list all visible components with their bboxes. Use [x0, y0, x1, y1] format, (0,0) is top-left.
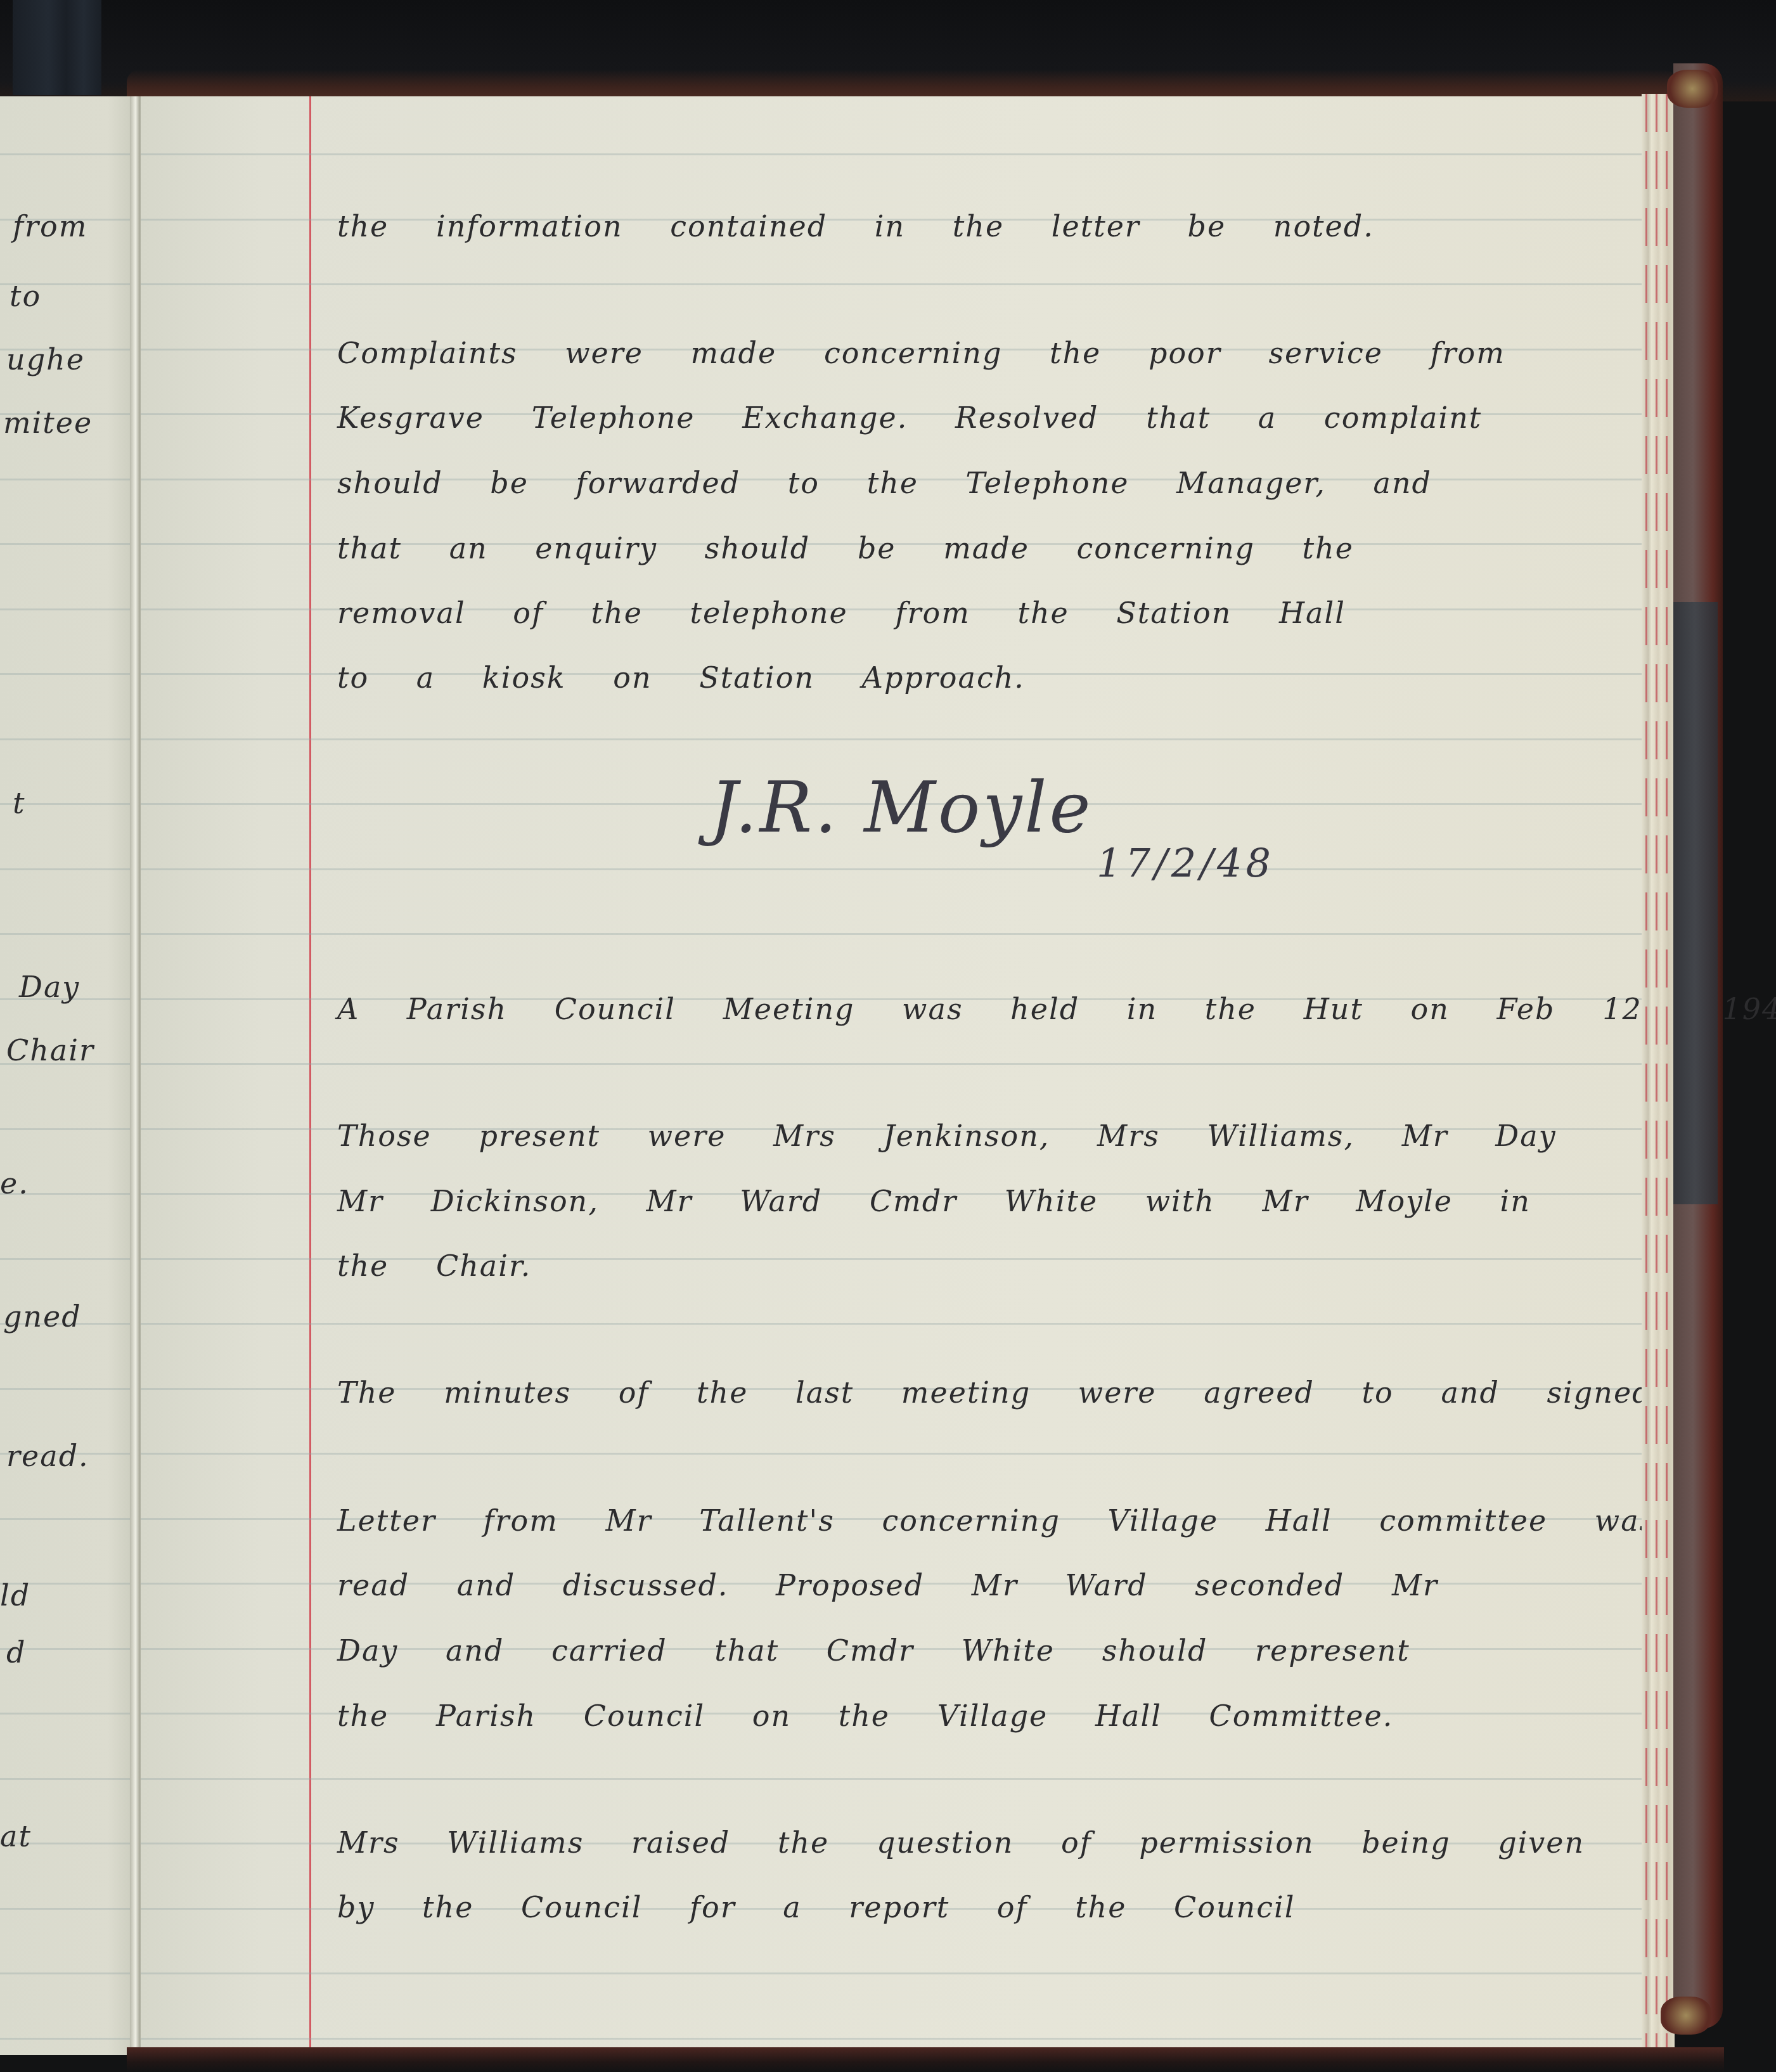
left-page-text-fragment: gned	[3, 1299, 82, 1334]
ruled-line	[0, 608, 134, 610]
ruled-line	[141, 283, 1649, 285]
ruled-line	[141, 1323, 1649, 1325]
left-page-text-fragment: t	[13, 786, 26, 820]
minutes-approved-line: The minutes of the last meeting were agr…	[337, 1375, 1663, 1410]
telephone-complaint-line: that an enquiry should be made concernin…	[337, 531, 1354, 565]
left-page-text-fragment: mitee	[3, 406, 93, 440]
telephone-complaint-line: should be forwarded to the Telephone Man…	[337, 466, 1432, 500]
village-hall-letter-line: Letter from Mr Tallent's concerning Vill…	[337, 1503, 1656, 1538]
telephone-complaint-line: removal of the telephone from the Statio…	[337, 596, 1346, 630]
left-page-text-fragment: at	[0, 1819, 32, 1853]
attendance-line: the Chair.	[337, 1249, 531, 1283]
ruled-line	[0, 1908, 134, 1910]
ruled-line	[0, 1778, 134, 1780]
press-report-line: by the Council for a report of the Counc…	[337, 1890, 1295, 1924]
left-page-text-fragment: e.	[0, 1166, 29, 1200]
signature: J.R. Moyle	[710, 767, 1093, 848]
village-hall-letter-line: read and discussed. Proposed Mr Ward sec…	[337, 1568, 1438, 1602]
right-page: the information contained in the letter …	[141, 96, 1649, 2052]
red-edge-line	[1656, 94, 1657, 2052]
ruled-line	[0, 1388, 134, 1390]
ruled-line	[0, 933, 134, 935]
ruled-line	[0, 543, 134, 545]
attendance-line: Mr Dickinson, Mr Ward Cmdr White with Mr…	[337, 1184, 1531, 1218]
village-hall-letter-line: Day and carried that Cmdr White should r…	[337, 1633, 1410, 1668]
red-edge-line	[1666, 94, 1668, 2052]
ruled-line	[0, 673, 134, 675]
ruled-line	[141, 1063, 1649, 1065]
ruled-line	[0, 1972, 134, 1974]
telephone-complaint-line: Kesgrave Telephone Exchange. Resolved th…	[337, 401, 1482, 435]
left-page-text-fragment: d	[6, 1635, 26, 1670]
ruled-line	[141, 153, 1649, 155]
book-spine	[13, 0, 101, 95]
ruled-line	[0, 153, 134, 155]
book-cover-right	[1673, 63, 1723, 2028]
signature-date: 17/2/48	[1097, 840, 1275, 886]
ruled-line	[141, 1778, 1649, 1780]
heading-feb-meeting-line: A Parish Council Meeting was held in the…	[337, 992, 1776, 1026]
red-edge-line	[1645, 94, 1647, 2052]
ruled-line	[0, 479, 134, 480]
ruled-line	[0, 1518, 134, 1520]
ruled-line	[141, 933, 1649, 935]
ruled-line	[141, 1453, 1649, 1455]
left-page-text-fragment: ughe	[6, 342, 85, 376]
left-page-text-fragment: read.	[6, 1439, 89, 1473]
ruled-line	[0, 1128, 134, 1130]
ruled-line	[0, 868, 134, 870]
ruled-line	[0, 2038, 134, 2040]
ruled-line	[141, 868, 1649, 870]
worn-cover-edge	[127, 70, 1686, 98]
book-bottom-cover	[127, 2047, 1724, 2072]
ruled-line	[141, 2038, 1649, 2040]
left-page-text-fragment: ld	[0, 1578, 30, 1612]
ruled-line	[0, 1713, 134, 1715]
left-page-text-fragment: from	[13, 209, 87, 243]
left-page-text-fragment: Day	[19, 970, 80, 1004]
ruled-line	[141, 738, 1649, 740]
margin-rule	[309, 96, 311, 2052]
press-report-line: Mrs Williams raised the question of perm…	[337, 1825, 1585, 1860]
ruled-line	[0, 1258, 134, 1260]
attendance-line: Those present were Mrs Jenkinson, Mrs Wi…	[337, 1119, 1557, 1153]
worn-cover-patch	[1673, 602, 1718, 1204]
telephone-complaint-line: to a kiosk on Station Approach.	[337, 660, 1025, 695]
village-hall-letter-line: the Parish Council on the Village Hall C…	[337, 1699, 1393, 1733]
ruled-line	[0, 738, 134, 740]
left-page: fromtoughemiteetDayChaire.gnedread.lddat	[0, 96, 134, 2055]
left-page-text-fragment: Chair	[6, 1033, 94, 1067]
scanned-minute-book: fromtoughemiteetDayChaire.gnedread.lddat…	[0, 0, 1776, 2072]
cover-corner-bottom	[1661, 1997, 1711, 2035]
cover-corner-top	[1667, 70, 1718, 108]
page-block-edge	[1642, 94, 1675, 2052]
left-page-text-fragment: to	[10, 279, 41, 313]
ruled-line	[141, 1972, 1649, 1974]
continuation-line: the information contained in the letter …	[337, 209, 1374, 243]
telephone-complaint-line: Complaints were made concerning the poor…	[337, 336, 1505, 370]
